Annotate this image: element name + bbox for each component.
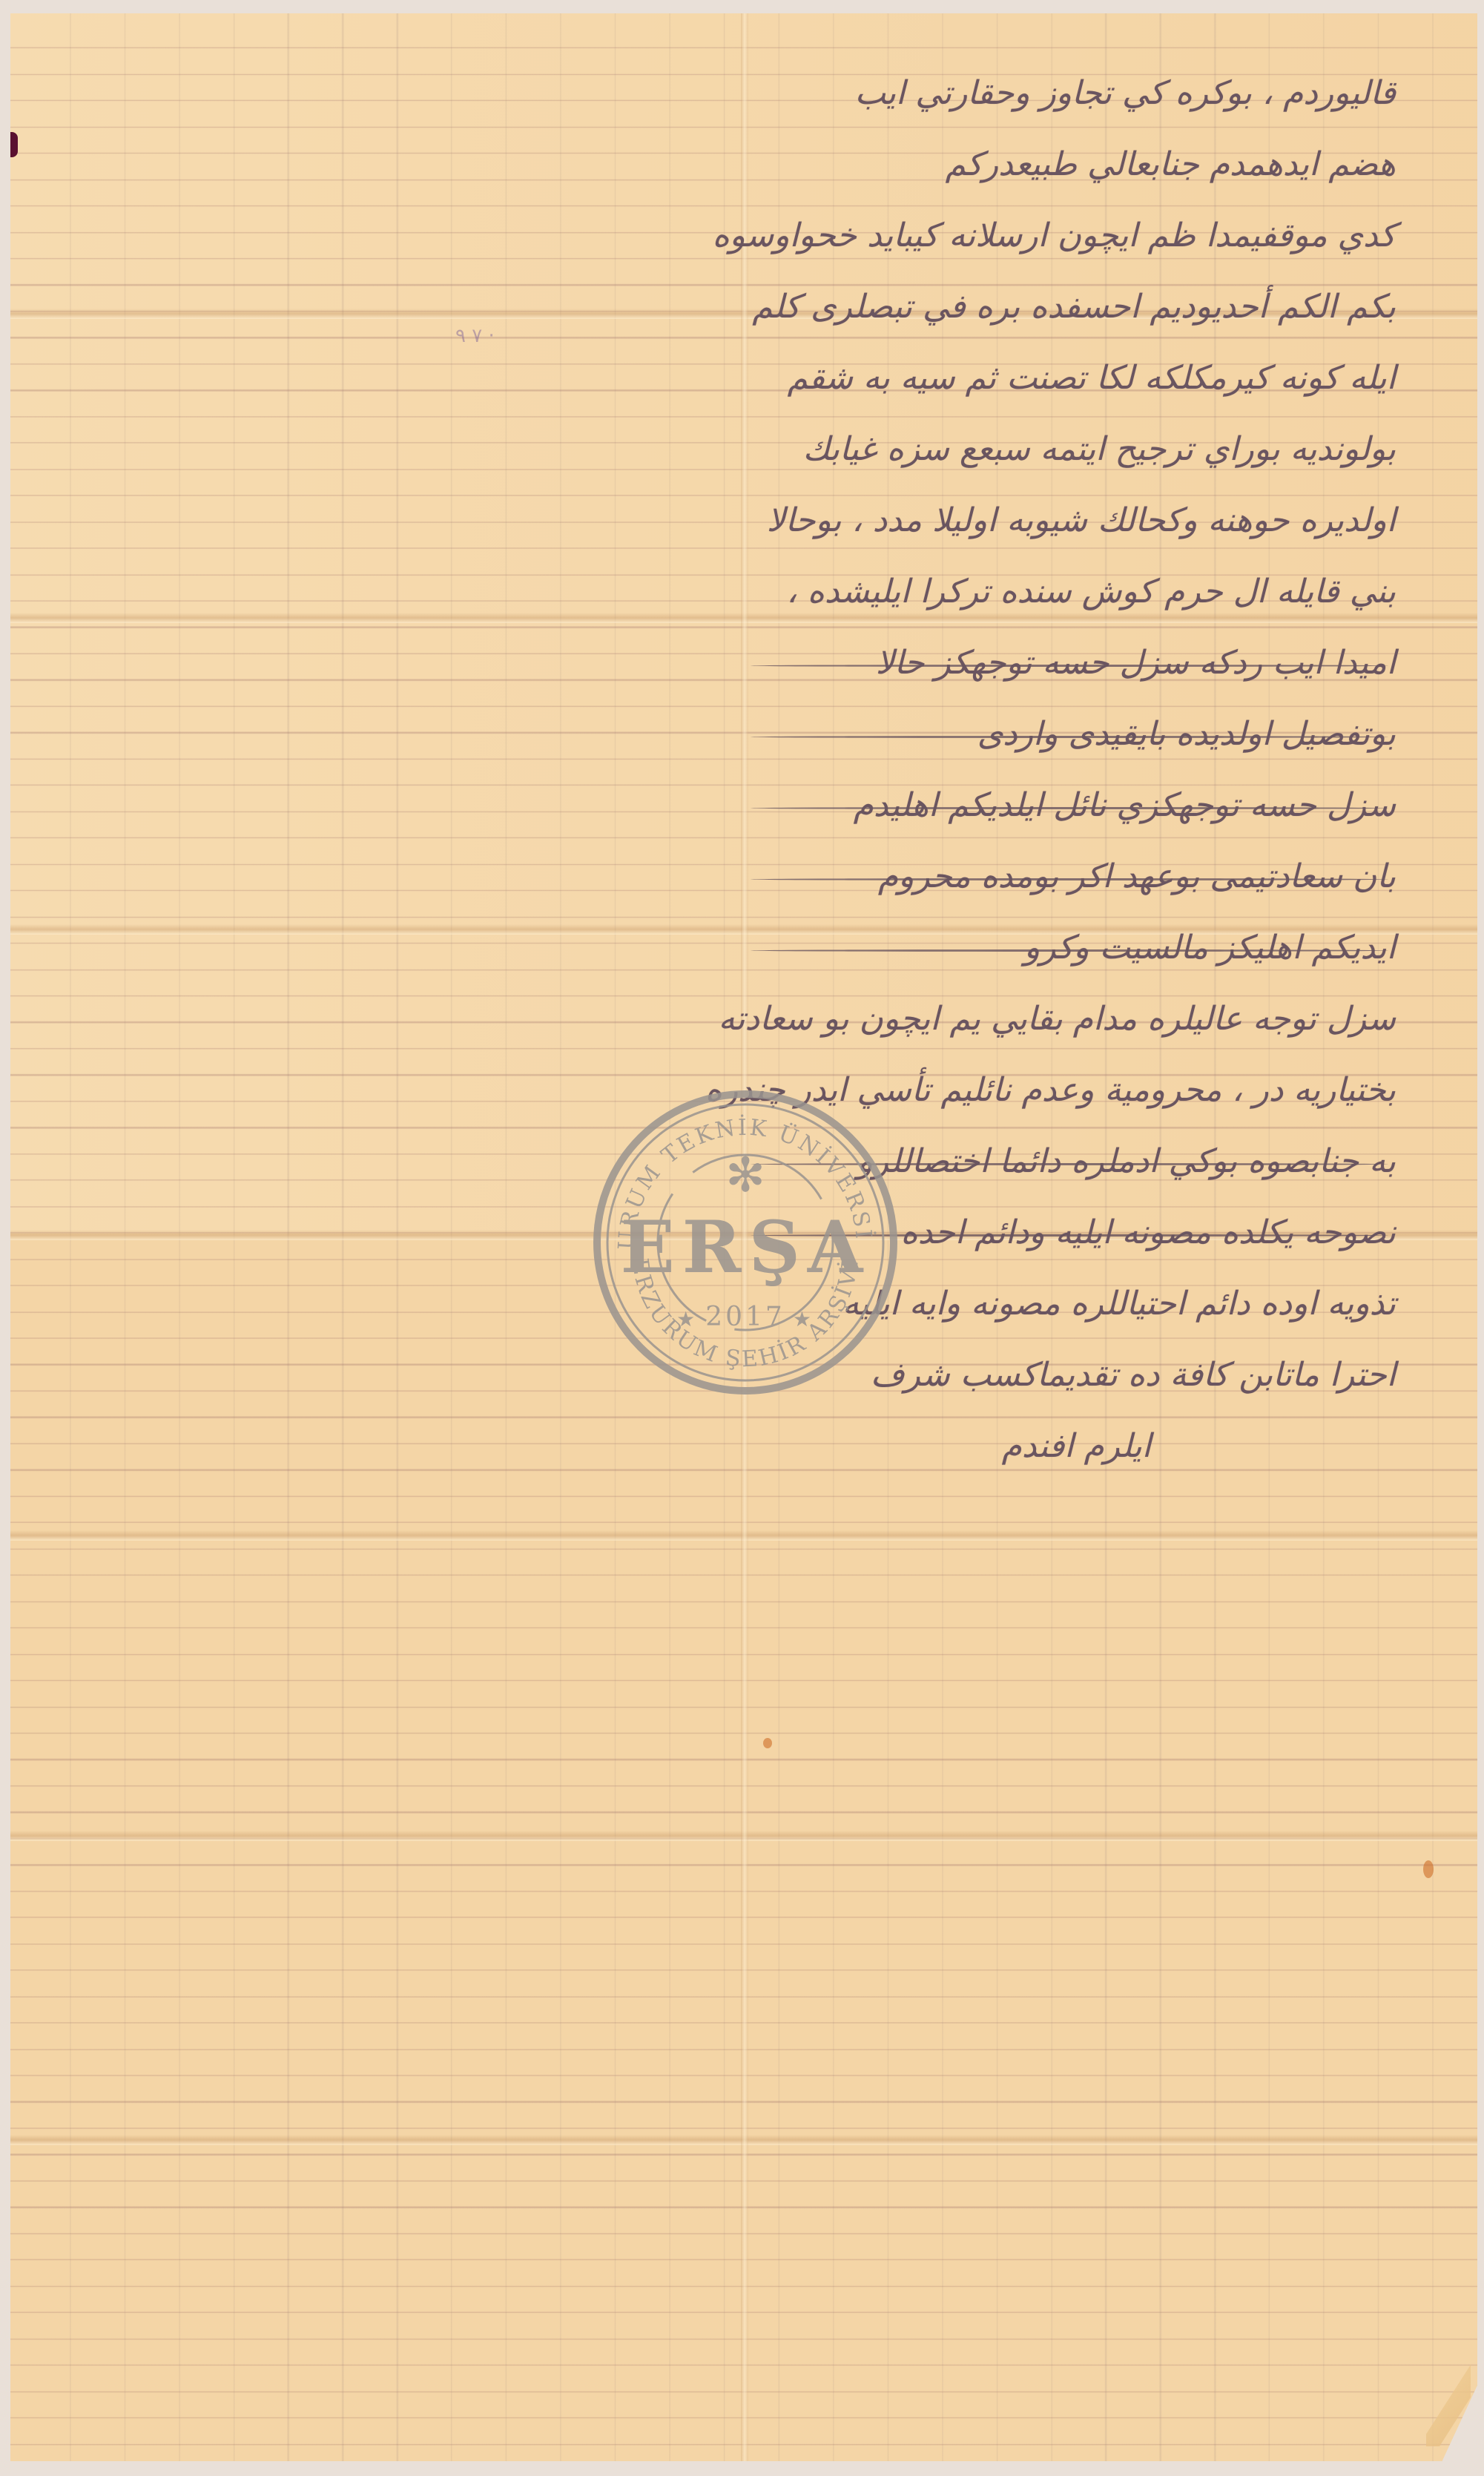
handwritten-line: ايلرم افندم: [743, 1411, 1396, 1482]
rust-spot: [1423, 1860, 1434, 1878]
handwritten-line: اولديره حوهنه وكحالك شيوبه اوليلا مدد ، …: [743, 485, 1396, 556]
archive-stamp: ERZURUM TEKNİK ÜNİVERSİTESİ ERZURUM ŞEHİ…: [590, 1087, 901, 1398]
handwritten-line: سزل توجه عاليلره مدام بقايي يم ايچون بو …: [743, 984, 1396, 1055]
struck-handwritten-line: اميدا ايب ردكه سزل حسه توجهكز حالا: [743, 628, 1396, 699]
struck-handwritten-line: بان سعادتيمى بوعهد اكر بومده محروم: [743, 841, 1396, 912]
margin-note: ٧ ٩ ·: [455, 325, 495, 347]
handwritten-line: بني قايله ال حرم كوش سنده تركرا ايليشده …: [743, 556, 1396, 628]
snowflake-emblem-icon: ✻: [590, 1152, 901, 1199]
stamp-year-row: ★2017★: [590, 1302, 901, 1332]
star-icon: ★: [676, 1307, 698, 1331]
handwritten-line: هضم ايدهمدم جنابعالي طبيعدركم: [743, 129, 1396, 200]
struck-handwritten-line: بوتفصيل اولديده بايقيدى واردى: [743, 699, 1396, 770]
star-icon: ★: [793, 1307, 814, 1331]
struck-handwritten-line: ايديكم اهليكز مالسيت وكرو: [743, 912, 1396, 984]
handwritten-line: ايله كونه كيرمكلكه لكا تصنت ثم سيه به شق…: [743, 343, 1396, 414]
handwritten-line: قاليوردم ، بوكره كي تجاوز وحقارتي ايب: [743, 58, 1396, 129]
stamp-title: ERŞA: [590, 1205, 901, 1289]
stamp-year: 2017: [705, 1302, 785, 1332]
handwritten-line: كدي موقفيمدا ظم ايچون ارسلانه كيبايد خحو…: [743, 200, 1396, 271]
rust-spot: [763, 1738, 772, 1748]
handwritten-line: بكم الكم أحديوديم احسفده بره في تبصلرى ك…: [743, 271, 1396, 343]
ink-stain: [10, 132, 18, 157]
handwritten-line: بولونديه بوراي ترجيح ايتمه سبعع سزه غياب…: [743, 414, 1396, 485]
struck-handwritten-line: سزل حسه توجهكزي نائل ايلديكم اهليدم: [743, 770, 1396, 841]
